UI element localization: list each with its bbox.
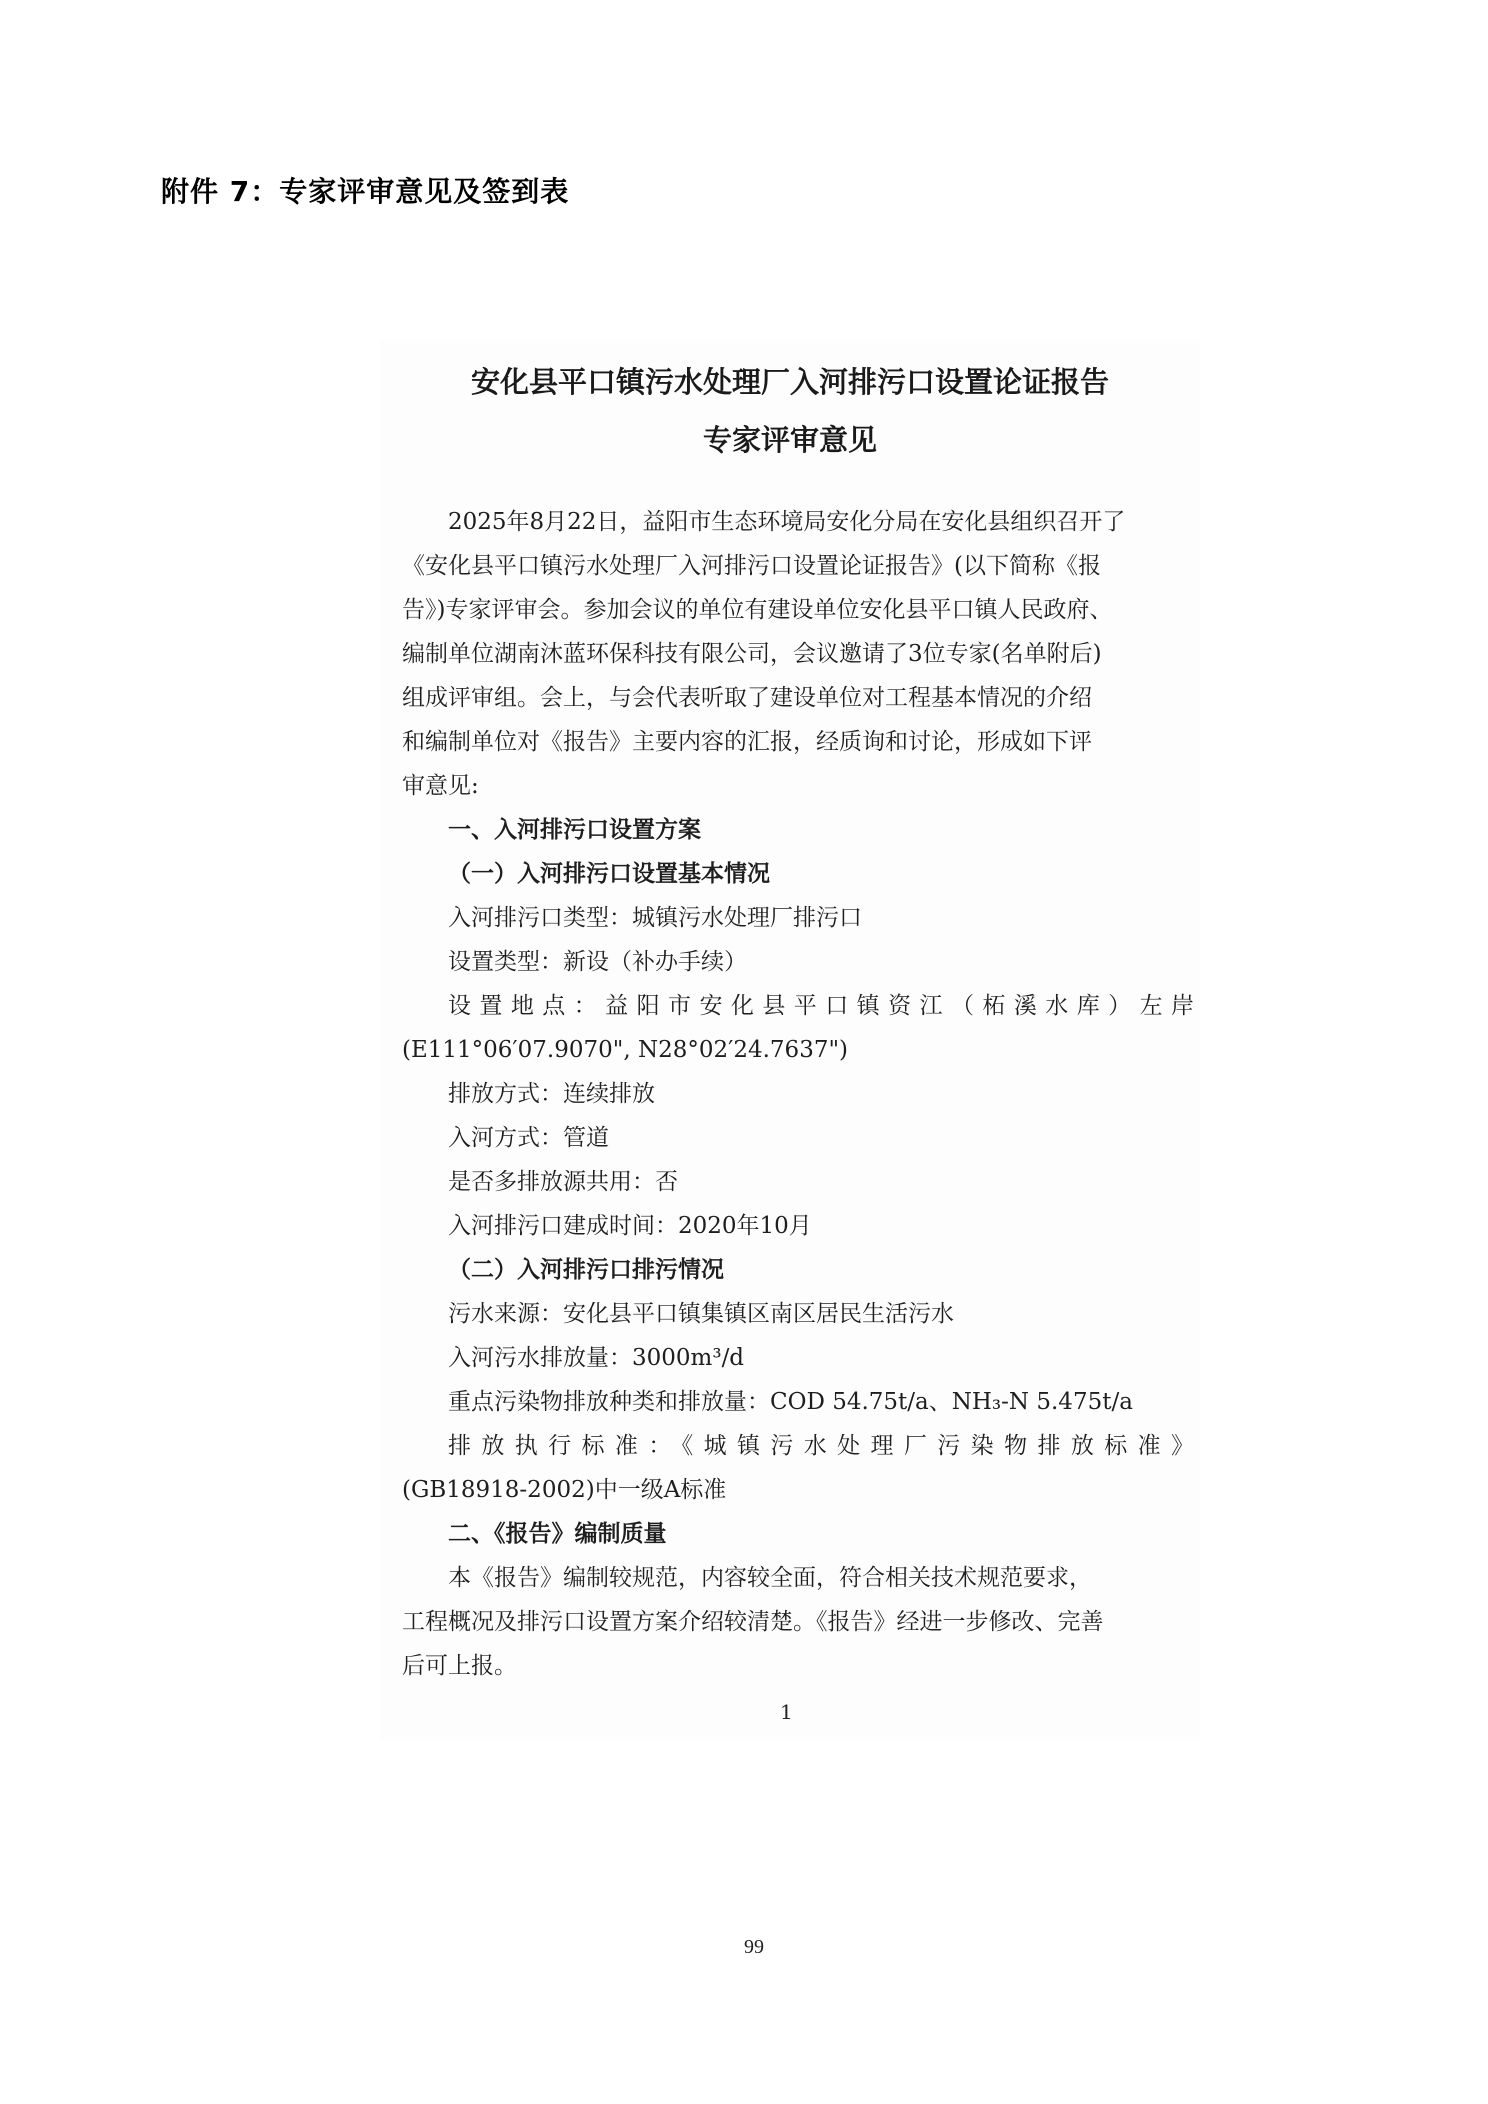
intro-paragraph: 2025年8月22日，益阳市生态环境局安化分局在安化县组织召开了 《安化县平口镇… <box>402 500 1194 808</box>
intro-line: 和编制单位对《报告》主要内容的汇报，经质询和讨论，形成如下评 <box>402 720 1194 764</box>
coordinates: (E111°06′07.9070", N28°02′24.7637") <box>402 1028 1194 1072</box>
subsection-1-heading: （一）入河排污口设置基本情况 <box>402 852 1194 896</box>
outfall-type: 入河排污口类型：城镇污水处理厂排污口 <box>402 896 1194 940</box>
intro-line: 组成评审组。会上，与会代表听取了建设单位对工程基本情况的介绍 <box>402 676 1194 720</box>
shared-source: 是否多排放源共用：否 <box>402 1160 1194 1204</box>
subsection-2-heading: （二）入河排污口排污情况 <box>402 1248 1194 1292</box>
intro-line: 审意见: <box>402 764 1194 808</box>
completion-date: 入河排污口建成时间：2020年10月 <box>402 1204 1194 1248</box>
section-2-heading: 二、《报告》编制质量 <box>402 1512 1194 1556</box>
intro-line: 《安化县平口镇污水处理厂入河排污口设置论证报告》(以下简称《报 <box>402 544 1194 588</box>
attachment-heading: 附件 7：专家评审意见及签到表 <box>161 170 569 210</box>
intro-line: 编制单位湖南沐蓝环保科技有限公司，会议邀请了3位专家(名单附后) <box>402 632 1194 676</box>
document-body: 2025年8月22日，益阳市生态环境局安化分局在安化县组织召开了 《安化县平口镇… <box>402 500 1194 1688</box>
setup-type: 设置类型：新设（补办手续） <box>402 940 1194 984</box>
document-title: 安化县平口镇污水处理厂入河排污口设置论证报告 <box>380 360 1200 401</box>
page-number: 99 <box>744 1936 764 1959</box>
standard-code: (GB18918-2002)中一级A标准 <box>402 1468 1194 1512</box>
quality-line: 本《报告》编制较规范，内容较全面，符合相关技术规范要求， <box>402 1556 1194 1600</box>
section-1-heading: 一、入河排污口设置方案 <box>402 808 1194 852</box>
pollutant-discharge: 重点污染物排放种类和排放量：COD 54.75t/a、NH₃-N 5.475t/… <box>402 1380 1194 1424</box>
discharge-standard: 排放执行标准：《城镇污水处理厂污染物排放标准》 <box>402 1424 1194 1468</box>
sewage-source: 污水来源：安化县平口镇集镇区南区居民生活污水 <box>402 1292 1194 1336</box>
setup-location: 设置地点：益阳市安化县平口镇资江（柘溪水库）左岸 <box>402 984 1194 1028</box>
inner-page-number: 1 <box>780 1700 793 1724</box>
intro-line: 2025年8月22日，益阳市生态环境局安化分局在安化县组织召开了 <box>402 500 1194 544</box>
quality-line: 工程概况及排污口设置方案介绍较清楚。《报告》经进一步修改、完善 <box>402 1600 1194 1644</box>
entry-mode: 入河方式：管道 <box>402 1116 1194 1160</box>
document-subtitle: 专家评审意见 <box>380 418 1200 459</box>
intro-line: 告》)专家评审会。参加会议的单位有建设单位安化县平口镇人民政府、 <box>402 588 1194 632</box>
discharge-mode: 排放方式：连续排放 <box>402 1072 1194 1116</box>
discharge-volume: 入河污水排放量：3000m³/d <box>402 1336 1194 1380</box>
quality-line: 后可上报。 <box>402 1644 1194 1688</box>
